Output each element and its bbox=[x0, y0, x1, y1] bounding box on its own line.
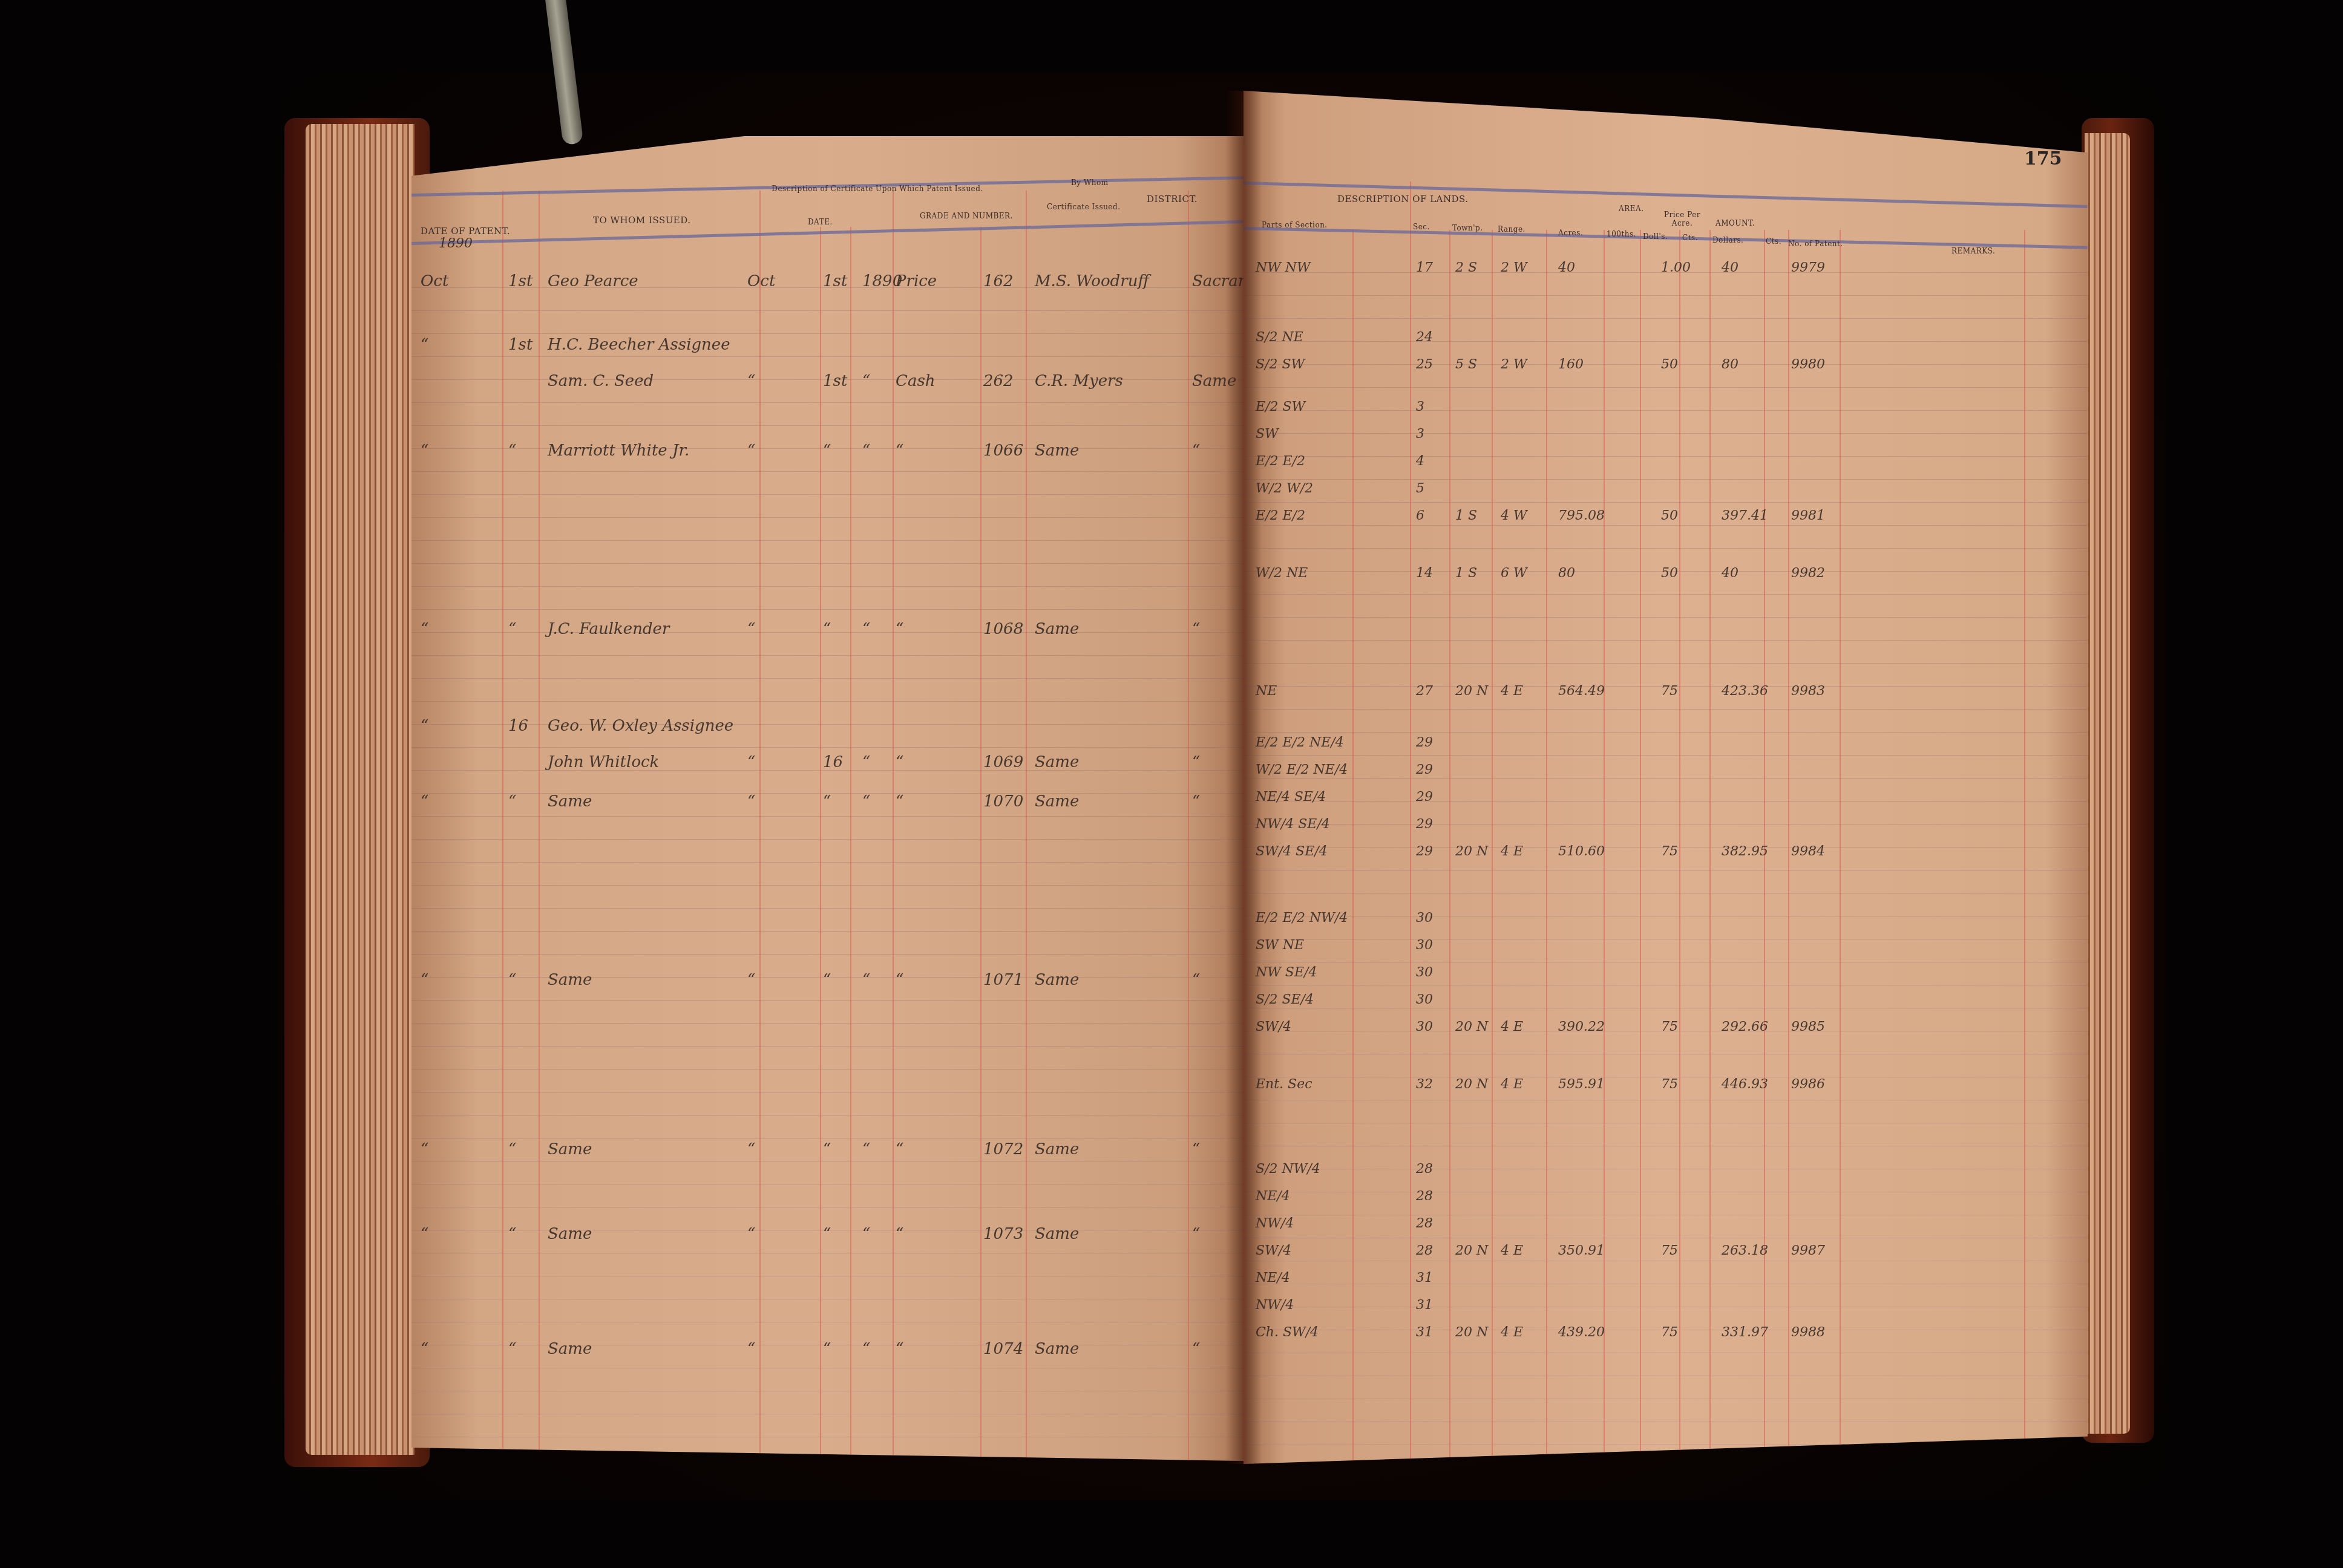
ruled-line bbox=[411, 1414, 1244, 1414]
entry-cert-day: “ bbox=[823, 620, 831, 638]
ruled-line bbox=[411, 540, 1244, 541]
land-rng: 4 E bbox=[1501, 1325, 1523, 1340]
entry-name: Geo Pearce bbox=[548, 272, 638, 290]
entry-cert-day: 1st bbox=[823, 272, 847, 290]
land-patent: 9986 bbox=[1791, 1077, 1825, 1092]
land-amount: 292.66 bbox=[1722, 1019, 1768, 1034]
land-sec: 3 bbox=[1416, 426, 1424, 442]
ruled-line bbox=[1244, 870, 2088, 871]
ruled-line bbox=[411, 1207, 1244, 1207]
ruled-line bbox=[1244, 479, 2088, 480]
land-price: 50 bbox=[1661, 566, 1678, 581]
land-price: 75 bbox=[1661, 1325, 1678, 1340]
header-price-per-acre: Price Per Acre. bbox=[1655, 211, 1709, 227]
entry-cert-month: “ bbox=[747, 372, 755, 390]
land-sec: 30 bbox=[1416, 992, 1433, 1007]
entry-name: Marriott White Jr. bbox=[548, 442, 689, 460]
book-gutter bbox=[1225, 91, 1262, 1464]
land-part: NE/4 SE/4 bbox=[1256, 789, 1326, 805]
header-acres: Acres. bbox=[1558, 229, 1583, 237]
land-twp: 20 N bbox=[1455, 1019, 1488, 1034]
header-amount-dollars: Dollars. bbox=[1712, 236, 1743, 244]
land-acres: 80 bbox=[1558, 566, 1575, 581]
header-sec: Sec. bbox=[1413, 223, 1430, 231]
land-price: 75 bbox=[1661, 1077, 1678, 1092]
entry-issued-by: Same bbox=[1035, 1225, 1079, 1243]
land-price: 1.00 bbox=[1661, 260, 1691, 275]
rule bbox=[2024, 230, 2025, 1464]
land-amount: 423.36 bbox=[1722, 684, 1768, 699]
land-part: NW SE/4 bbox=[1256, 965, 1317, 980]
land-patent: 9979 bbox=[1791, 260, 1825, 275]
entry-cert-year: “ bbox=[862, 753, 870, 771]
land-sec: 29 bbox=[1416, 735, 1433, 750]
entry-cert-year: “ bbox=[862, 1140, 870, 1158]
ruled-line bbox=[411, 1000, 1244, 1001]
rule bbox=[1026, 191, 1027, 1461]
entry-cert-day: “ bbox=[823, 1340, 831, 1358]
entry-cert-month: “ bbox=[747, 753, 755, 771]
entry-issued-by: M.S. Woodruff bbox=[1035, 272, 1149, 290]
header-grade-number: GRADE AND NUMBER. bbox=[920, 212, 1013, 220]
entry-cert-class: “ bbox=[896, 971, 903, 989]
ruled-line bbox=[411, 402, 1244, 403]
ruled-line bbox=[1244, 663, 2088, 664]
entry-issued-by: Same bbox=[1035, 620, 1079, 638]
land-amount: 263.18 bbox=[1722, 1243, 1768, 1258]
header-district: DISTRICT. bbox=[1147, 194, 1198, 204]
land-part: NW NW bbox=[1256, 260, 1311, 275]
ruled-line bbox=[1244, 617, 2088, 618]
ruled-line bbox=[411, 1276, 1244, 1276]
header-date-of-patent: DATE OF PATENT. bbox=[421, 226, 510, 237]
land-price: 50 bbox=[1661, 508, 1678, 523]
entry-month: “ bbox=[421, 1225, 428, 1243]
entry-cert-year: “ bbox=[862, 1225, 870, 1243]
entry-cert-no: 1074 bbox=[983, 1340, 1023, 1358]
entry-cert-month: Oct bbox=[747, 272, 775, 290]
ruled-line bbox=[1244, 1353, 2088, 1353]
entry-name-continued: John Whitlock bbox=[548, 753, 659, 771]
land-part: E/2 E/2 NW/4 bbox=[1256, 910, 1348, 926]
entry-cert-class: “ bbox=[896, 620, 903, 638]
ruled-line bbox=[1244, 1307, 2088, 1307]
land-part: Ch. SW/4 bbox=[1256, 1325, 1319, 1340]
land-part: SW NE bbox=[1256, 938, 1304, 953]
land-sec: 25 bbox=[1416, 357, 1433, 372]
entry-cert-class: “ bbox=[896, 753, 903, 771]
rule bbox=[539, 191, 540, 1461]
ruled-line bbox=[411, 1046, 1244, 1047]
entry-cert-day: “ bbox=[823, 971, 831, 989]
land-price: 75 bbox=[1661, 844, 1678, 859]
ruled-line bbox=[1244, 939, 2088, 939]
land-rng: 4 E bbox=[1501, 1243, 1523, 1258]
ruled-line bbox=[411, 1437, 1244, 1437]
land-twp: 20 N bbox=[1455, 844, 1488, 859]
rule bbox=[1788, 230, 1789, 1464]
land-amount: 331.97 bbox=[1722, 1325, 1768, 1340]
ruled-line bbox=[411, 862, 1244, 863]
ruled-line bbox=[411, 954, 1244, 955]
entry-day: “ bbox=[508, 620, 516, 638]
rule bbox=[1449, 230, 1450, 1464]
ruled-line bbox=[411, 586, 1244, 587]
land-sec: 27 bbox=[1416, 684, 1433, 699]
entry-name: Same bbox=[548, 1340, 592, 1358]
ruled-line bbox=[411, 471, 1244, 472]
land-price: 75 bbox=[1661, 1243, 1678, 1258]
entry-cert-class: “ bbox=[896, 1340, 903, 1358]
land-part: Ent. Sec bbox=[1256, 1077, 1312, 1092]
header-certificate-description: Description of Certificate Upon Which Pa… bbox=[750, 185, 1004, 193]
land-sec: 30 bbox=[1416, 1019, 1433, 1034]
entry-cert-day: “ bbox=[823, 1140, 831, 1158]
land-part: W/2 NE bbox=[1256, 566, 1308, 581]
land-rng: 4 E bbox=[1501, 684, 1523, 699]
header-range: Range. bbox=[1498, 225, 1525, 234]
header-to-whom-issued: TO WHOM ISSUED. bbox=[593, 215, 691, 226]
rule bbox=[502, 191, 503, 1461]
land-twp: 5 S bbox=[1455, 357, 1477, 372]
entry-district: “ bbox=[1192, 442, 1200, 460]
land-twp: 1 S bbox=[1455, 508, 1477, 523]
entry-cert-year: “ bbox=[862, 1340, 870, 1358]
header-hundredths: 100ths. bbox=[1607, 230, 1636, 238]
land-sec: 30 bbox=[1416, 938, 1433, 953]
ruled-line bbox=[411, 356, 1244, 357]
ruled-line bbox=[1244, 1123, 2088, 1123]
entry-cert-month: “ bbox=[747, 792, 755, 811]
land-price: 50 bbox=[1661, 357, 1678, 372]
rule bbox=[1840, 230, 1841, 1464]
ruled-line bbox=[411, 931, 1244, 932]
land-sec: 4 bbox=[1416, 454, 1424, 469]
land-acres: 564.49 bbox=[1558, 684, 1605, 699]
entry-cert-no: 162 bbox=[983, 272, 1014, 290]
ruled-line bbox=[411, 816, 1244, 817]
land-patent: 9983 bbox=[1791, 684, 1825, 699]
ruled-line bbox=[1244, 1146, 2088, 1146]
ruled-line bbox=[1244, 387, 2088, 388]
entry-district: “ bbox=[1192, 753, 1200, 771]
entry-district: “ bbox=[1192, 1225, 1200, 1243]
rule bbox=[1352, 230, 1354, 1464]
land-twp: 20 N bbox=[1455, 1325, 1488, 1340]
entry-name: Geo. W. Oxley Assignee bbox=[548, 717, 733, 735]
entry-cert-no: 1069 bbox=[983, 753, 1023, 771]
entry-cert-year: “ bbox=[862, 442, 870, 460]
ruled-line bbox=[411, 747, 1244, 748]
land-rng: 4 W bbox=[1501, 508, 1527, 523]
land-acres: 390.22 bbox=[1558, 1019, 1605, 1034]
entry-month: “ bbox=[421, 336, 428, 354]
land-sec: 30 bbox=[1416, 910, 1433, 926]
land-acres: 350.91 bbox=[1558, 1243, 1605, 1258]
land-rng: 4 E bbox=[1501, 1019, 1523, 1034]
land-part: SW/4 SE/4 bbox=[1256, 844, 1328, 859]
right-page: 175 DESCRIPTION OF LANDS. Parts of Secti… bbox=[1244, 91, 2088, 1464]
ruled-line bbox=[411, 1391, 1244, 1391]
header-price-dollars: Doll's. bbox=[1643, 232, 1668, 241]
ruled-line bbox=[1244, 1215, 2088, 1215]
land-rng: 4 E bbox=[1501, 1077, 1523, 1092]
entry-cert-class: “ bbox=[896, 1225, 903, 1243]
ruled-line bbox=[1244, 1008, 2088, 1008]
land-twp: 20 N bbox=[1455, 684, 1488, 699]
entry-cert-year: “ bbox=[862, 792, 870, 811]
land-part: NW/4 SE/4 bbox=[1256, 817, 1330, 832]
entry-cert-no: 1066 bbox=[983, 442, 1023, 460]
ruled-line bbox=[1244, 502, 2088, 503]
rule bbox=[893, 191, 894, 1461]
entry-district: “ bbox=[1192, 971, 1200, 989]
entry-name: Same bbox=[548, 792, 592, 811]
rule bbox=[1640, 230, 1641, 1464]
entry-district: “ bbox=[1192, 1340, 1200, 1358]
land-amount: 446.93 bbox=[1722, 1077, 1768, 1092]
ruled-line bbox=[1244, 985, 2088, 985]
land-patent: 9984 bbox=[1791, 844, 1825, 859]
land-patent: 9988 bbox=[1791, 1325, 1825, 1340]
entry-cert-year: “ bbox=[862, 372, 870, 390]
ruled-line bbox=[1244, 1238, 2088, 1238]
entry-cert-year: “ bbox=[862, 620, 870, 638]
entry-issued-by: Same bbox=[1035, 792, 1079, 811]
entry-cert-no: 1068 bbox=[983, 620, 1023, 638]
entry-name: J.C. Faulkender bbox=[548, 620, 669, 638]
land-amount: 80 bbox=[1722, 357, 1738, 372]
ruled-line bbox=[1244, 732, 2088, 733]
ruled-line bbox=[411, 839, 1244, 840]
entry-cert-day: “ bbox=[823, 1225, 831, 1243]
ruled-line bbox=[411, 655, 1244, 656]
land-sec: 32 bbox=[1416, 1077, 1433, 1092]
entry-cert-class: Cash bbox=[896, 372, 935, 390]
land-amount: 40 bbox=[1722, 260, 1738, 275]
entry-cert-month: “ bbox=[747, 620, 755, 638]
ruled-line bbox=[1244, 1192, 2088, 1192]
entry-day: “ bbox=[508, 1225, 516, 1243]
entry-cert-no: 1073 bbox=[983, 1225, 1023, 1243]
ruled-line bbox=[411, 1161, 1244, 1161]
ruled-line bbox=[1244, 755, 2088, 756]
entry-month: “ bbox=[421, 442, 428, 460]
header-township: Town'p. bbox=[1452, 224, 1483, 232]
land-sec: 28 bbox=[1416, 1161, 1433, 1177]
ruled-line bbox=[1244, 1399, 2088, 1399]
entry-cert-month: “ bbox=[747, 1225, 755, 1243]
ruled-line bbox=[411, 1253, 1244, 1253]
land-sec: 5 bbox=[1416, 481, 1424, 496]
ruled-line bbox=[411, 1115, 1244, 1116]
ruled-line bbox=[1244, 318, 2088, 319]
header-cert-date: DATE. bbox=[808, 218, 833, 226]
entry-day: “ bbox=[508, 971, 516, 989]
ruled-line bbox=[411, 1322, 1244, 1322]
entry-cert-class: Price bbox=[896, 272, 937, 290]
entry-cert-no: 1072 bbox=[983, 1140, 1023, 1158]
entry-cert-no: 262 bbox=[983, 372, 1014, 390]
land-part: S/2 NE bbox=[1256, 330, 1303, 345]
land-acres: 160 bbox=[1558, 357, 1584, 372]
ruled-line bbox=[411, 1368, 1244, 1368]
entry-name-continued: Sam. C. Seed bbox=[548, 372, 654, 390]
ruled-line bbox=[1244, 341, 2088, 342]
left-page: DATE OF PATENT. TO WHOM ISSUED. Descript… bbox=[411, 136, 1244, 1461]
rule bbox=[1410, 181, 1411, 1464]
land-part: S/2 SW bbox=[1256, 357, 1305, 372]
land-part: W/2 W/2 bbox=[1256, 481, 1313, 496]
entry-month: “ bbox=[421, 1140, 428, 1158]
entry-cert-day: “ bbox=[823, 442, 831, 460]
entry-month: “ bbox=[421, 717, 428, 735]
ruled-line bbox=[411, 1138, 1244, 1138]
entry-cert-day: 16 bbox=[823, 753, 843, 771]
header-patent-no: No. of Patent. bbox=[1788, 240, 1843, 248]
entry-cert-month: “ bbox=[747, 1140, 755, 1158]
land-rng: 2 W bbox=[1501, 260, 1527, 275]
ruled-line bbox=[1244, 1100, 2088, 1100]
header-amount: AMOUNT. bbox=[1715, 219, 1755, 227]
rule bbox=[980, 227, 981, 1461]
rule bbox=[850, 227, 851, 1461]
ruled-line bbox=[1244, 295, 2088, 296]
entry-name: Same bbox=[548, 1225, 592, 1243]
ruled-line bbox=[1244, 916, 2088, 916]
ruled-line bbox=[411, 885, 1244, 886]
land-sec: 29 bbox=[1416, 844, 1433, 859]
header-amount-cents: Cts. bbox=[1766, 237, 1781, 246]
entry-cert-class: “ bbox=[896, 1140, 903, 1158]
ruled-line bbox=[1244, 824, 2088, 825]
page-number: 175 bbox=[2024, 148, 2062, 169]
land-sec: 29 bbox=[1416, 762, 1433, 777]
ruled-line bbox=[1244, 410, 2088, 411]
entry-cert-month: “ bbox=[747, 971, 755, 989]
ruled-line bbox=[411, 609, 1244, 610]
entry-cert-month: “ bbox=[747, 1340, 755, 1358]
land-sec: 30 bbox=[1416, 965, 1433, 980]
ruled-line bbox=[1244, 893, 2088, 893]
entry-cert-no: 1071 bbox=[983, 971, 1023, 989]
land-price: 75 bbox=[1661, 1019, 1678, 1034]
entry-issued-by: Same bbox=[1035, 753, 1079, 771]
rule bbox=[1492, 230, 1493, 1464]
land-sec: 28 bbox=[1416, 1216, 1433, 1231]
land-part: S/2 NW/4 bbox=[1256, 1161, 1320, 1177]
entry-cert-class: “ bbox=[896, 442, 903, 460]
rule bbox=[759, 191, 761, 1461]
land-sec: 31 bbox=[1416, 1325, 1433, 1340]
entry-district: “ bbox=[1192, 1140, 1200, 1158]
entry-name: H.C. Beecher Assignee bbox=[548, 336, 730, 354]
entry-cert-day: 1st bbox=[823, 372, 847, 390]
land-sec: 29 bbox=[1416, 789, 1433, 805]
entry-day: 1st bbox=[508, 272, 532, 290]
ruled-line bbox=[411, 310, 1244, 311]
entry-cert-class: “ bbox=[896, 792, 903, 811]
entry-month: “ bbox=[421, 792, 428, 811]
land-sec: 6 bbox=[1416, 508, 1424, 523]
ruled-line bbox=[411, 1299, 1244, 1299]
entry-month: Oct bbox=[421, 272, 448, 290]
entry-district: “ bbox=[1192, 792, 1200, 811]
ruled-line bbox=[1244, 709, 2088, 710]
land-acres: 439.20 bbox=[1558, 1325, 1605, 1340]
entry-cert-no: 1070 bbox=[983, 792, 1023, 811]
header-description-of-lands: DESCRIPTION OF LANDS. bbox=[1337, 194, 1469, 204]
ruled-line bbox=[1244, 962, 2088, 962]
land-rng: 4 E bbox=[1501, 844, 1523, 859]
entry-issued-by: C.R. Myers bbox=[1035, 372, 1123, 390]
land-sec: 29 bbox=[1416, 817, 1433, 832]
ruled-line bbox=[1244, 1376, 2088, 1376]
ruled-line bbox=[1244, 1261, 2088, 1261]
ruled-line bbox=[1244, 778, 2088, 779]
land-sec: 17 bbox=[1416, 260, 1433, 275]
land-sec: 31 bbox=[1416, 1298, 1433, 1313]
header-area: AREA. bbox=[1619, 204, 1643, 213]
entry-day: 16 bbox=[508, 717, 528, 735]
land-part: E/2 E/2 NE/4 bbox=[1256, 735, 1344, 750]
entry-issued-by: Same bbox=[1035, 1340, 1079, 1358]
ruled-line bbox=[411, 425, 1244, 426]
land-acres: 510.60 bbox=[1558, 844, 1605, 859]
land-sec: 31 bbox=[1416, 1270, 1433, 1285]
ruled-line bbox=[411, 494, 1244, 495]
entry-day: “ bbox=[508, 442, 516, 460]
land-amount: 382.95 bbox=[1722, 844, 1768, 859]
land-part: E/2 E/2 bbox=[1256, 508, 1305, 523]
entry-month: “ bbox=[421, 971, 428, 989]
land-acres: 795.08 bbox=[1558, 508, 1605, 523]
ruled-line bbox=[411, 701, 1244, 702]
ruled-line bbox=[1244, 1422, 2088, 1422]
ruled-line bbox=[411, 724, 1244, 725]
entry-issued-by: Same bbox=[1035, 442, 1079, 460]
land-patent: 9981 bbox=[1791, 508, 1825, 523]
ruled-line bbox=[1244, 525, 2088, 526]
entry-month: “ bbox=[421, 620, 428, 638]
ruled-line bbox=[411, 678, 1244, 679]
ruled-line bbox=[1244, 1169, 2088, 1169]
entry-cert-year: “ bbox=[862, 971, 870, 989]
page-edges-right bbox=[2085, 133, 2130, 1434]
land-patent: 9987 bbox=[1791, 1243, 1825, 1258]
land-acres: 40 bbox=[1558, 260, 1575, 275]
ruled-line bbox=[1244, 433, 2088, 434]
entry-day: “ bbox=[508, 792, 516, 811]
ruled-line bbox=[411, 1184, 1244, 1184]
ruled-line bbox=[411, 333, 1244, 334]
land-patent: 9985 bbox=[1791, 1019, 1825, 1034]
land-part: S/2 SE/4 bbox=[1256, 992, 1314, 1007]
entry-name: Same bbox=[548, 971, 592, 989]
page-edges-left bbox=[306, 124, 415, 1455]
land-sec: 14 bbox=[1416, 566, 1433, 581]
rule bbox=[1546, 230, 1547, 1464]
entry-month: “ bbox=[421, 1340, 428, 1358]
year-heading: 1890 bbox=[439, 236, 473, 251]
entry-day: “ bbox=[508, 1140, 516, 1158]
ruled-line bbox=[1244, 640, 2088, 641]
ruled-line bbox=[1244, 1284, 2088, 1284]
land-patent: 9980 bbox=[1791, 357, 1825, 372]
land-part: W/2 E/2 NE/4 bbox=[1256, 762, 1348, 777]
land-part: E/2 E/2 bbox=[1256, 454, 1305, 469]
ruled-line bbox=[1244, 801, 2088, 802]
